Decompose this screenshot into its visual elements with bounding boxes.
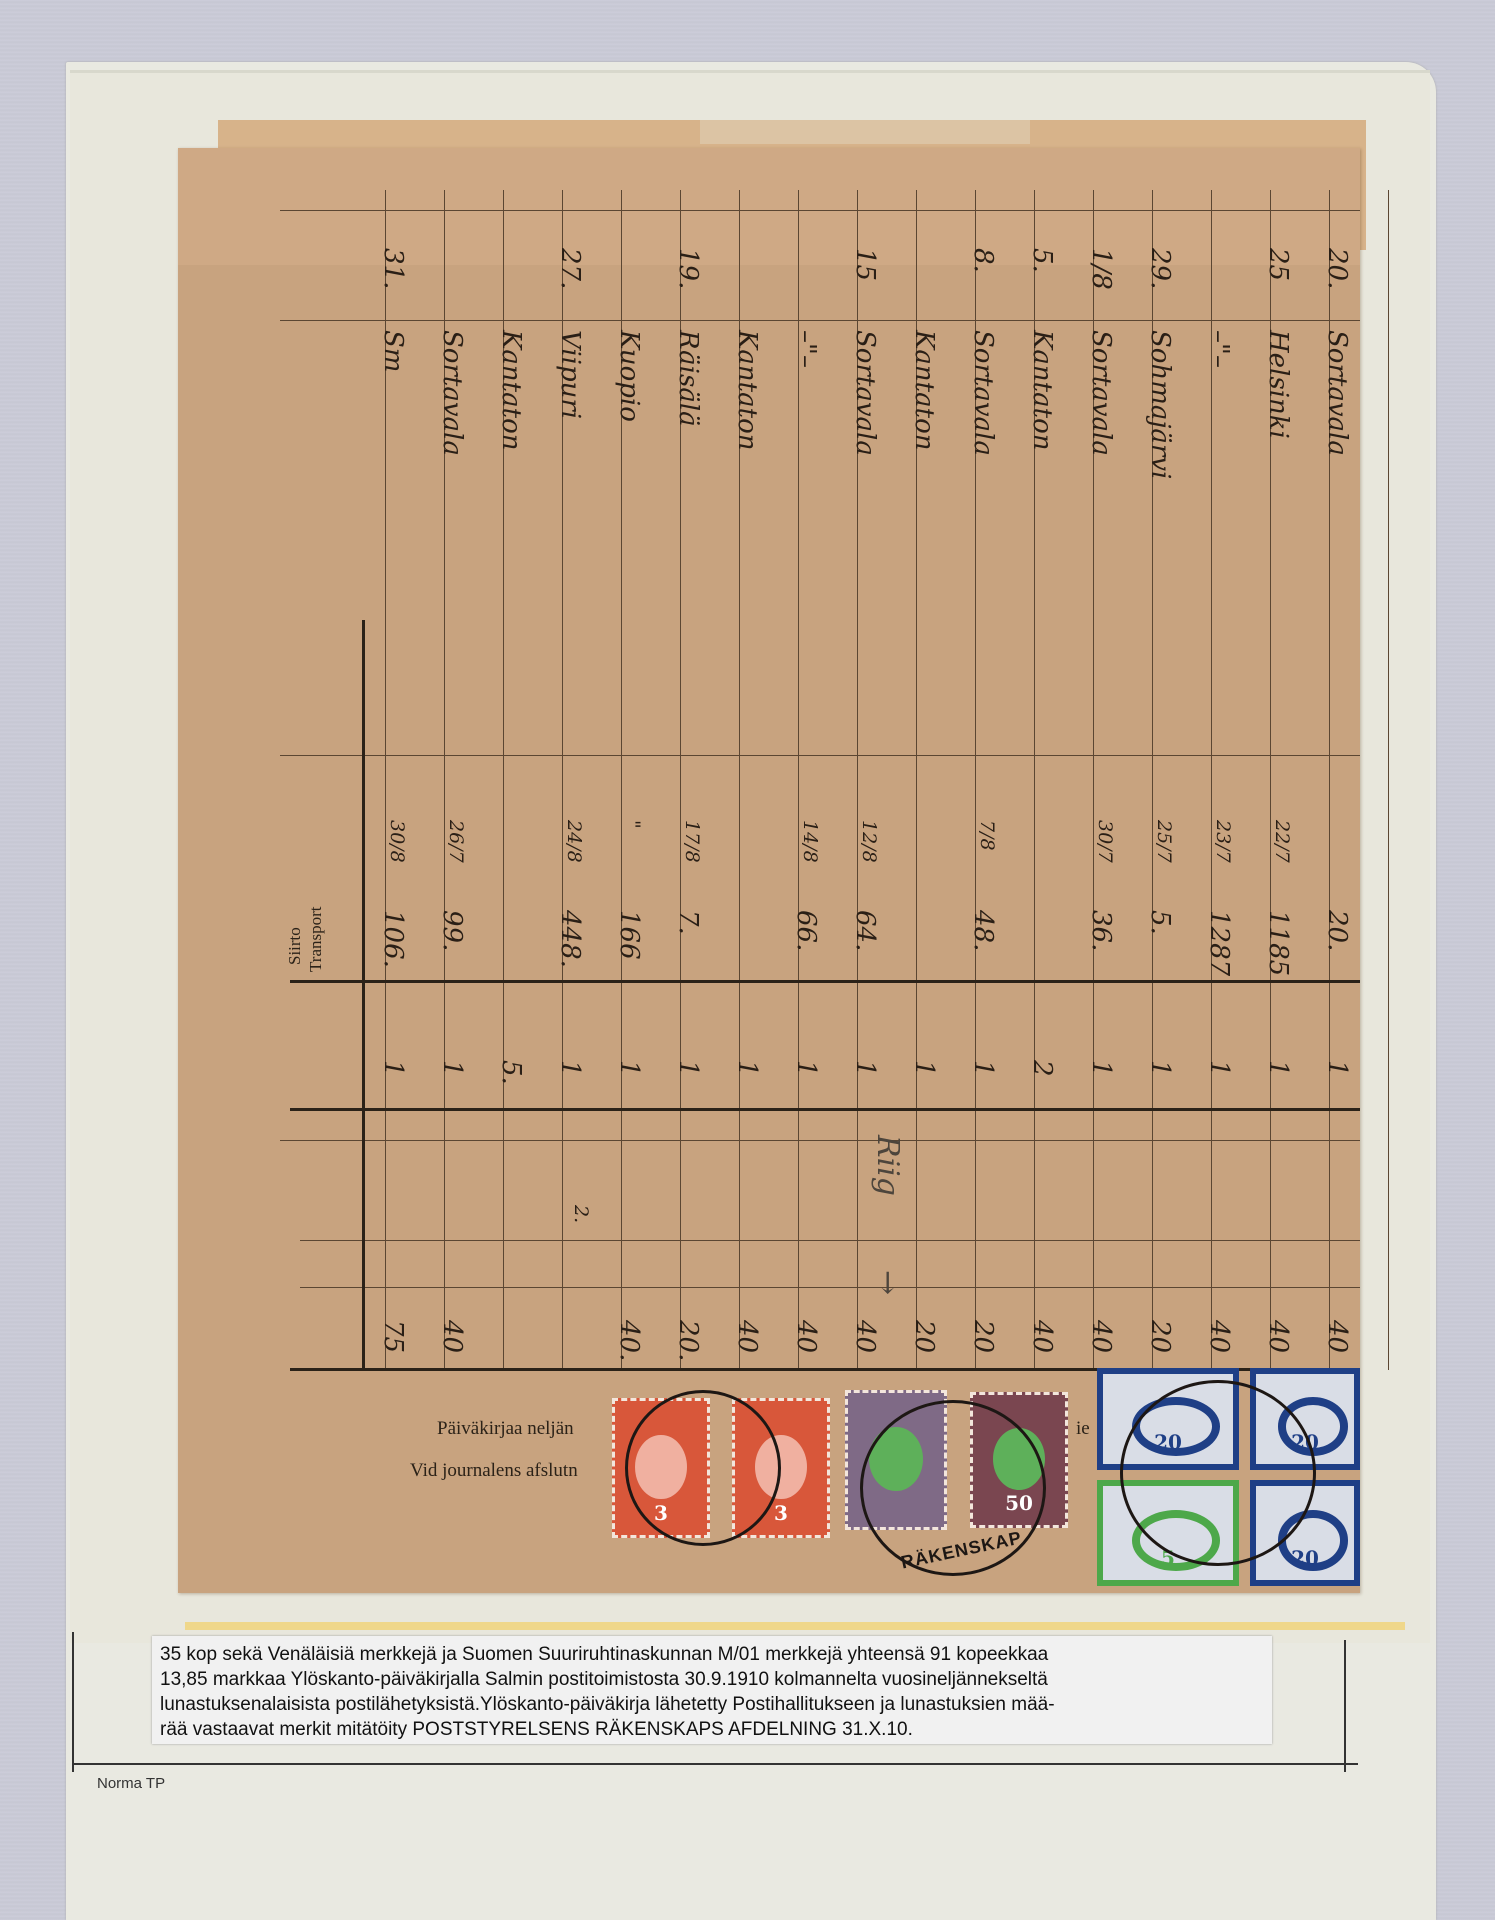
ledger-number: 7. [673, 910, 703, 935]
ledger-day: 15 [850, 248, 880, 281]
grid-row-line [280, 1140, 1360, 1141]
ledger-number: 166 [614, 910, 644, 960]
ledger-count: 1 [791, 1060, 821, 1077]
grid-row-line [280, 210, 1360, 211]
annotation-riig: Riig [870, 1135, 905, 1196]
annotation-arrow: → [870, 1270, 905, 1295]
document-tape-patch [700, 120, 1030, 144]
ledger-amount: 20. [673, 1320, 703, 1361]
ledger-number: 1287 [1204, 910, 1234, 976]
ledger-amount: 40 [1027, 1320, 1057, 1353]
caption-line-2: 13,85 markkaa Ylöskanto-päiväkirjalla Sa… [160, 1667, 1264, 1692]
grid-row-line [300, 1287, 1360, 1288]
ledger-day: 25 [1263, 248, 1293, 281]
ledger-count: 1 [909, 1060, 939, 1077]
ledger-count: 1 [437, 1060, 467, 1077]
grid-row-line [290, 1108, 1360, 1111]
ledger-date: 14/8 [799, 820, 821, 863]
ledger-day: 1/8 [1086, 248, 1116, 290]
closing-label-fi: Päiväkirjaa neljän [437, 1418, 574, 1440]
grid-row-line [280, 755, 1360, 756]
ledger-count: 1 [850, 1060, 880, 1077]
annotation-extra: 2. [570, 1205, 592, 1223]
ledger-number: 66. [791, 910, 821, 951]
ledger-count: 1 [1145, 1060, 1175, 1077]
caption-line-4: rää vastaavat merkit mitätöity POSTSTYRE… [160, 1717, 1264, 1742]
cancellation-postmark-3 [1120, 1380, 1316, 1566]
ledger-number: 20. [1322, 910, 1352, 951]
ledger-day: 20. [1322, 248, 1352, 289]
ledger-day: 8. [968, 248, 998, 273]
ledger-date: 26/7 [445, 820, 467, 863]
caption-line-1: 35 kop sekä Venäläisiä merkkejä ja Suome… [160, 1642, 1264, 1667]
ledger-place: Kuopio [614, 330, 644, 422]
grid-row-line [300, 1240, 1360, 1241]
ledger-place: Kantaton [732, 330, 762, 450]
ledger-place: Sm [378, 330, 408, 372]
footer-label: Norma TP [97, 1775, 165, 1792]
ledger-amount: 40 [1322, 1320, 1352, 1353]
caption-frame-left [72, 1632, 74, 1772]
ledger-place: Sortavala [968, 330, 998, 456]
ledger-amount: 20 [968, 1320, 998, 1353]
ledger-amount: 40 [791, 1320, 821, 1353]
transport-label-sv: Transport [306, 907, 326, 973]
grid-row-line [280, 320, 1360, 321]
ledger-date: 25/7 [1153, 820, 1175, 863]
ledger-amount: 40 [1263, 1320, 1293, 1353]
yellow-tape-strip [185, 1622, 1405, 1630]
ledger-count: 1 [732, 1060, 762, 1077]
ledger-place: Viipuri [555, 330, 585, 419]
ledger-number: 99. [437, 910, 467, 951]
ledger-place: Sortavala [850, 330, 880, 456]
grid-column-line [1388, 190, 1389, 1370]
ledger-number: 36. [1086, 910, 1116, 951]
ledger-count: 1 [673, 1060, 703, 1077]
ledger-place: Sohmajärvi [1145, 330, 1175, 479]
ledger-amount: 40 [1086, 1320, 1116, 1353]
ledger-date: 17/8 [681, 820, 703, 863]
ledger-number: 1185 [1263, 910, 1293, 976]
ledger-day: 29. [1145, 248, 1175, 289]
ledger-day: 19. [673, 248, 703, 289]
ledger-date: 12/8 [858, 820, 880, 863]
ledger-place: Sortavala [437, 330, 467, 456]
ledger-place: Kantaton [1027, 330, 1057, 450]
ledger-place: Sortavala [1086, 330, 1116, 456]
ledger-day: 27. [555, 248, 585, 289]
ledger-amount: 20 [909, 1320, 939, 1353]
ledger-number: 5. [1145, 910, 1175, 935]
ledger-place: Sortavala [1322, 330, 1352, 456]
ledger-number: 64. [850, 910, 880, 951]
ledger-amount: 40. [614, 1320, 644, 1361]
ledger-count: 5. [496, 1060, 526, 1085]
caption-line-3: lunastuksenalaisista postilähetyksistä.Y… [160, 1692, 1264, 1717]
caption-frame-right [1344, 1640, 1346, 1772]
ledger-count: 1 [1086, 1060, 1116, 1077]
ledger-number: 448. [555, 910, 585, 968]
ledger-date: 30/7 [1094, 820, 1116, 863]
ledger-date: 24/8 [563, 820, 585, 863]
exhibit-caption: 35 kop sekä Venäläisiä merkkejä ja Suome… [152, 1636, 1272, 1744]
caption-frame-bottom [72, 1763, 1358, 1765]
ledger-amount: 40 [850, 1320, 880, 1353]
ledger-amount: 40 [1204, 1320, 1234, 1353]
ledger-place: –"– [791, 330, 821, 368]
ledger-date: 7/8 [976, 820, 998, 851]
ledger-date: 30/8 [386, 820, 408, 863]
transport-divider [362, 620, 365, 1370]
ledger-count: 1 [614, 1060, 644, 1077]
ledger-date: 23/7 [1212, 820, 1234, 863]
ledger-amount: 20 [1145, 1320, 1175, 1353]
ledger-date: " [622, 820, 644, 829]
ledger-count: 1 [1263, 1060, 1293, 1077]
ledger-number: 106. [378, 910, 408, 968]
ledger-place: Helsinki [1263, 330, 1293, 439]
ledger-day: 5. [1027, 248, 1057, 273]
printed-fragment: ie [1076, 1418, 1090, 1440]
grid-row-line [290, 980, 1360, 983]
ledger-amount: 40 [732, 1320, 762, 1353]
ledger-place: Räisälä [673, 330, 703, 427]
ledger-count: 1 [1322, 1060, 1352, 1077]
ledger-count: 1 [968, 1060, 998, 1077]
ledger-count: 1 [1204, 1060, 1234, 1077]
ledger-count: 1 [378, 1060, 408, 1077]
ledger-amount: 75 [378, 1320, 408, 1353]
ledger-count: 2 [1027, 1060, 1057, 1077]
transport-label-fi: Siirto [285, 927, 305, 965]
ledger-place: Kantaton [496, 330, 526, 450]
ledger-day: 31. [378, 248, 408, 289]
closing-label-sv: Vid journalens afslutn [410, 1460, 578, 1482]
ledger-number: 48. [968, 910, 998, 951]
ledger-date: 22/7 [1271, 820, 1293, 863]
cancellation-postmark-1 [625, 1390, 781, 1546]
ledger-amount: 40 [437, 1320, 467, 1353]
ledger-count: 1 [555, 1060, 585, 1077]
ledger-place: –"– [1204, 330, 1234, 368]
ledger-place: Kantaton [909, 330, 939, 450]
